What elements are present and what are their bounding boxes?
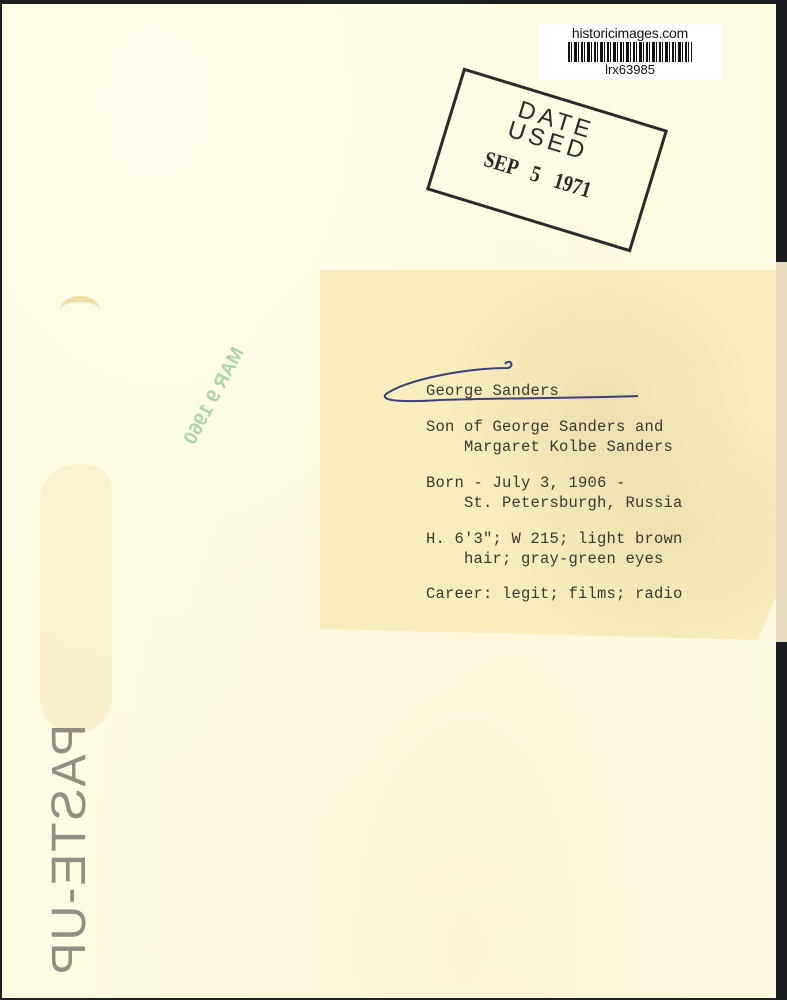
caption-line: Margaret Kolbe Sanders xyxy=(426,438,673,456)
caption-line: H. 6'3"; W 215; light brown xyxy=(426,530,683,548)
caption-line: Career: legit; films; radio xyxy=(426,585,683,603)
caption-line: Born - July 3, 1906 - xyxy=(426,474,626,492)
date-used-stamp: DATE USED SEP 5 1971 xyxy=(426,68,668,253)
paste-up-stamp: PASTE-UP xyxy=(42,724,97,976)
faint-green-date-stamp: MAR 9 1960 xyxy=(180,344,250,449)
photo-back: historicimages.com lrx63985 DATE USED SE… xyxy=(2,4,776,998)
caption-name: George Sanders xyxy=(426,382,559,400)
barcode-label: historicimages.com lrx63985 xyxy=(539,24,721,80)
caption-line: hair; gray-green eyes xyxy=(426,550,664,568)
caption-line: St. Petersburgh, Russia xyxy=(426,494,683,512)
slip-overhang xyxy=(776,262,787,642)
caption-line: Son of George Sanders and xyxy=(426,418,664,436)
paste-residue xyxy=(40,464,112,734)
barcode-code: lrx63985 xyxy=(605,62,655,77)
barcode-icon xyxy=(568,42,692,62)
tape-residue xyxy=(60,296,100,324)
barcode-site: historicimages.com xyxy=(572,25,688,41)
caption-slip: George Sanders Son of George Sanders and… xyxy=(320,270,786,640)
